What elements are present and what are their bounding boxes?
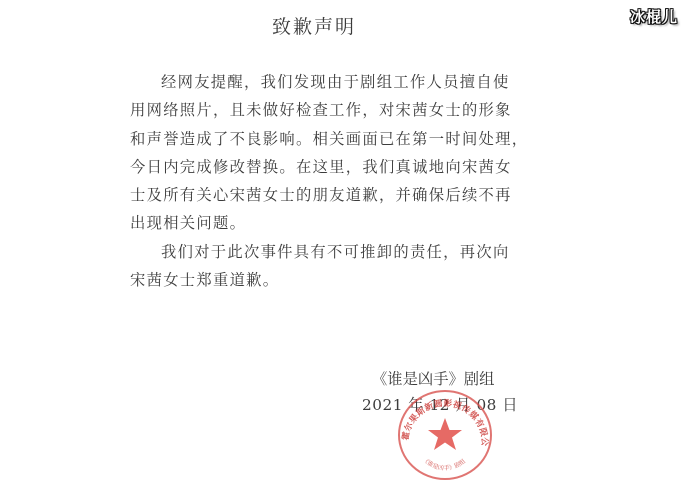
paragraph-1-line-5: 士及所有关心宋茜女士的朋友道歉，并确保后续不再 [130, 181, 510, 209]
paragraph-2-line-2: 宋茜女士郑重道歉。 [130, 266, 510, 294]
watermark-logo: 冰棍儿 [630, 6, 678, 27]
signature: 《谁是凶手》剧组 [372, 365, 494, 393]
document-body: 经网友提醒，我们发现由于剧组工作人员擅自使 用网络照片，且未做好检查工作，对宋茜… [130, 68, 510, 294]
paragraph-2-line-1: 我们对于此次事件具有不可推卸的责任，再次向 [130, 238, 510, 266]
paragraph-1-line-3: 和声誉造成了不良影响。相关画面已在第一时间处理， [130, 125, 510, 153]
svg-text:《谁是凶手》剧组: 《谁是凶手》剧组 [421, 456, 467, 472]
document-title: 致歉声明 [272, 12, 356, 39]
seal-inner-text: 《谁是凶手》剧组 [421, 456, 467, 472]
date: 2021 年 12 月 08 日 [362, 393, 518, 415]
document-page: 致歉声明 冰棍儿 经网友提醒，我们发现由于剧组工作人员擅自使 用网络照片，且未做… [0, 0, 690, 489]
paragraph-1-line-2: 用网络照片，且未做好检查工作，对宋茜女士的形象 [130, 96, 510, 124]
paragraph-1-line-6: 出现相关问题。 [130, 209, 510, 237]
paragraph-1-line-1: 经网友提醒，我们发现由于剧组工作人员擅自使 [130, 68, 510, 96]
seal-star-icon [428, 418, 462, 450]
paragraph-1-line-4: 今日内完成修改替换。在这里，我们真诚地向宋茜女 [130, 153, 510, 181]
